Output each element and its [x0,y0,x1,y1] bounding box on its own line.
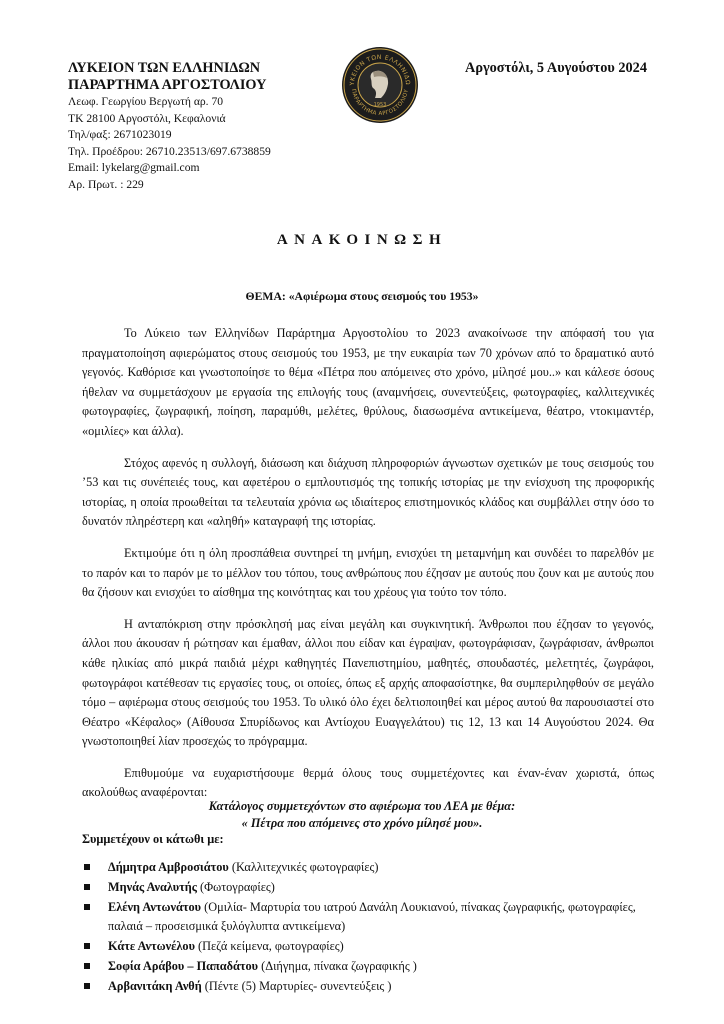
list-item: Σοφία Αράβου – Παπαδάτου (Διήγημα, πίνακ… [82,957,662,977]
document-date: Αργοστόλι, 5 Αυγούστου 2024 [465,60,647,77]
participant-name: Ελένη Αντωνάτου [108,900,201,914]
participant-details: (Φωτογραφίες) [197,880,275,894]
participant-details: (Διήγημα, πίνακα ζωγραφικής ) [258,959,417,973]
square-bullet-icon [84,904,90,910]
list-item: Ελένη Αντωνάτου (Ομιλία- Μαρτυρία του ια… [82,898,662,938]
participant-name: Αρβανιτάκη Ανθή [108,979,202,993]
org-name-line1: ΛΥΚΕΙΟΝ ΤΩΝ ΕΛΛΗΝΙΔΩΝ [68,60,338,77]
list-item: Κάτε Αντωνέλου (Πεζά κείμενα, φωτογραφίε… [82,937,662,957]
catalog-heading: Κατάλογος συμμετεχόντων στο αφιέρωμα του… [0,798,724,832]
square-bullet-icon [84,884,90,890]
participant-details: (Καλλιτεχνικές φωτογραφίες) [229,860,379,874]
square-bullet-icon [84,864,90,870]
participant-details: (Πεζά κείμενα, φωτογραφίες) [195,939,344,953]
paragraph-intro: Το Λύκειο των Ελληνίδων Παράρτημα Αργοστ… [82,324,654,442]
email-line: Email: lykelarg@gmail.com [68,160,338,177]
catalog-line2: « Πέτρα που απόμεινες στο χρόνο μίλησέ μ… [0,815,724,832]
list-item: Δήμητρα Αμβροσιάτου (Καλλιτεχνικές φωτογ… [82,858,662,878]
square-bullet-icon [84,983,90,989]
paragraph-response: Η ανταπόκριση στην πρόσκλησή μας είναι μ… [82,615,654,752]
address-line: Λεωφ. Γεωργίου Βεργωτή αρ. 70 [68,94,338,111]
svg-text:1953: 1953 [374,102,387,108]
document-subject: ΘΕΜΑ: «Αφιέρωμα στους σεισμούς του 1953» [0,290,724,303]
lyceum-emblem-icon: ΛΥΚΕΙΟΝ ΤΩΝ ΕΛΛΗΝΙΔΩΝ ΠΑΡΑΡΤΗΜΑ ΑΡΓΟΣΤΟΛ… [341,46,419,124]
paragraph-memory: Εκτιμούμε ότι η όλη προσπάθεια συντηρεί … [82,544,654,603]
square-bullet-icon [84,943,90,949]
participant-details: (Πέντε (5) Μαρτυρίες- συνεντεύξεις ) [202,979,392,993]
participant-name: Δήμητρα Αμβροσιάτου [108,860,229,874]
participant-name: Μηνάς Αναλυτής [108,880,197,894]
paragraph-goal: Στόχος αφενός η συλλογή, διάσωση και διά… [82,454,654,532]
participant-name: Κάτε Αντωνέλου [108,939,195,953]
president-phone-line: Τηλ. Προέδρου: 26710.23513/697.6738859 [68,144,338,161]
list-item: Αρβανιτάκη Ανθή (Πέντε (5) Μαρτυρίες- συ… [82,977,662,997]
announcement-page: ΛΥΚΕΙΟΝ ΤΩΝ ΕΛΛΗΝΙΔΩΝ ΠΑΡΑΡΤΗΜΑ ΑΡΓΟΣΤΟΛ… [0,0,724,1024]
participant-name: Σοφία Αράβου – Παπαδάτου [108,959,258,973]
protocol-number: Αρ. Πρωτ. : 229 [68,177,338,194]
document-title: ΑΝΑΚΟΙΝΩΣΗ [0,232,724,249]
org-name-line2: ΠΑΡΑΡΤΗΜΑ ΑΡΓΟΣΤΟΛΙΟΥ [68,77,338,94]
participants-list: Δήμητρα Αμβροσιάτου (Καλλιτεχνικές φωτογ… [82,858,662,997]
square-bullet-icon [84,963,90,969]
letterhead: ΛΥΚΕΙΟΝ ΤΩΝ ΕΛΛΗΝΙΔΩΝ ΠΑΡΑΡΤΗΜΑ ΑΡΓΟΣΤΟΛ… [68,60,338,194]
participants-heading: Συμμετέχουν οι κάτωθι με: [82,832,224,847]
catalog-line1: Κατάλογος συμμετεχόντων στο αφιέρωμα του… [0,798,724,815]
phone-fax-line: Τηλ/φαξ: 2671023019 [68,127,338,144]
list-item: Μηνάς Αναλυτής (Φωτογραφίες) [82,878,662,898]
postal-line: ΤΚ 28100 Αργοστόλι, Κεφαλονιά [68,111,338,128]
announcement-body: Το Λύκειο των Ελληνίδων Παράρτημα Αργοστ… [82,324,654,815]
